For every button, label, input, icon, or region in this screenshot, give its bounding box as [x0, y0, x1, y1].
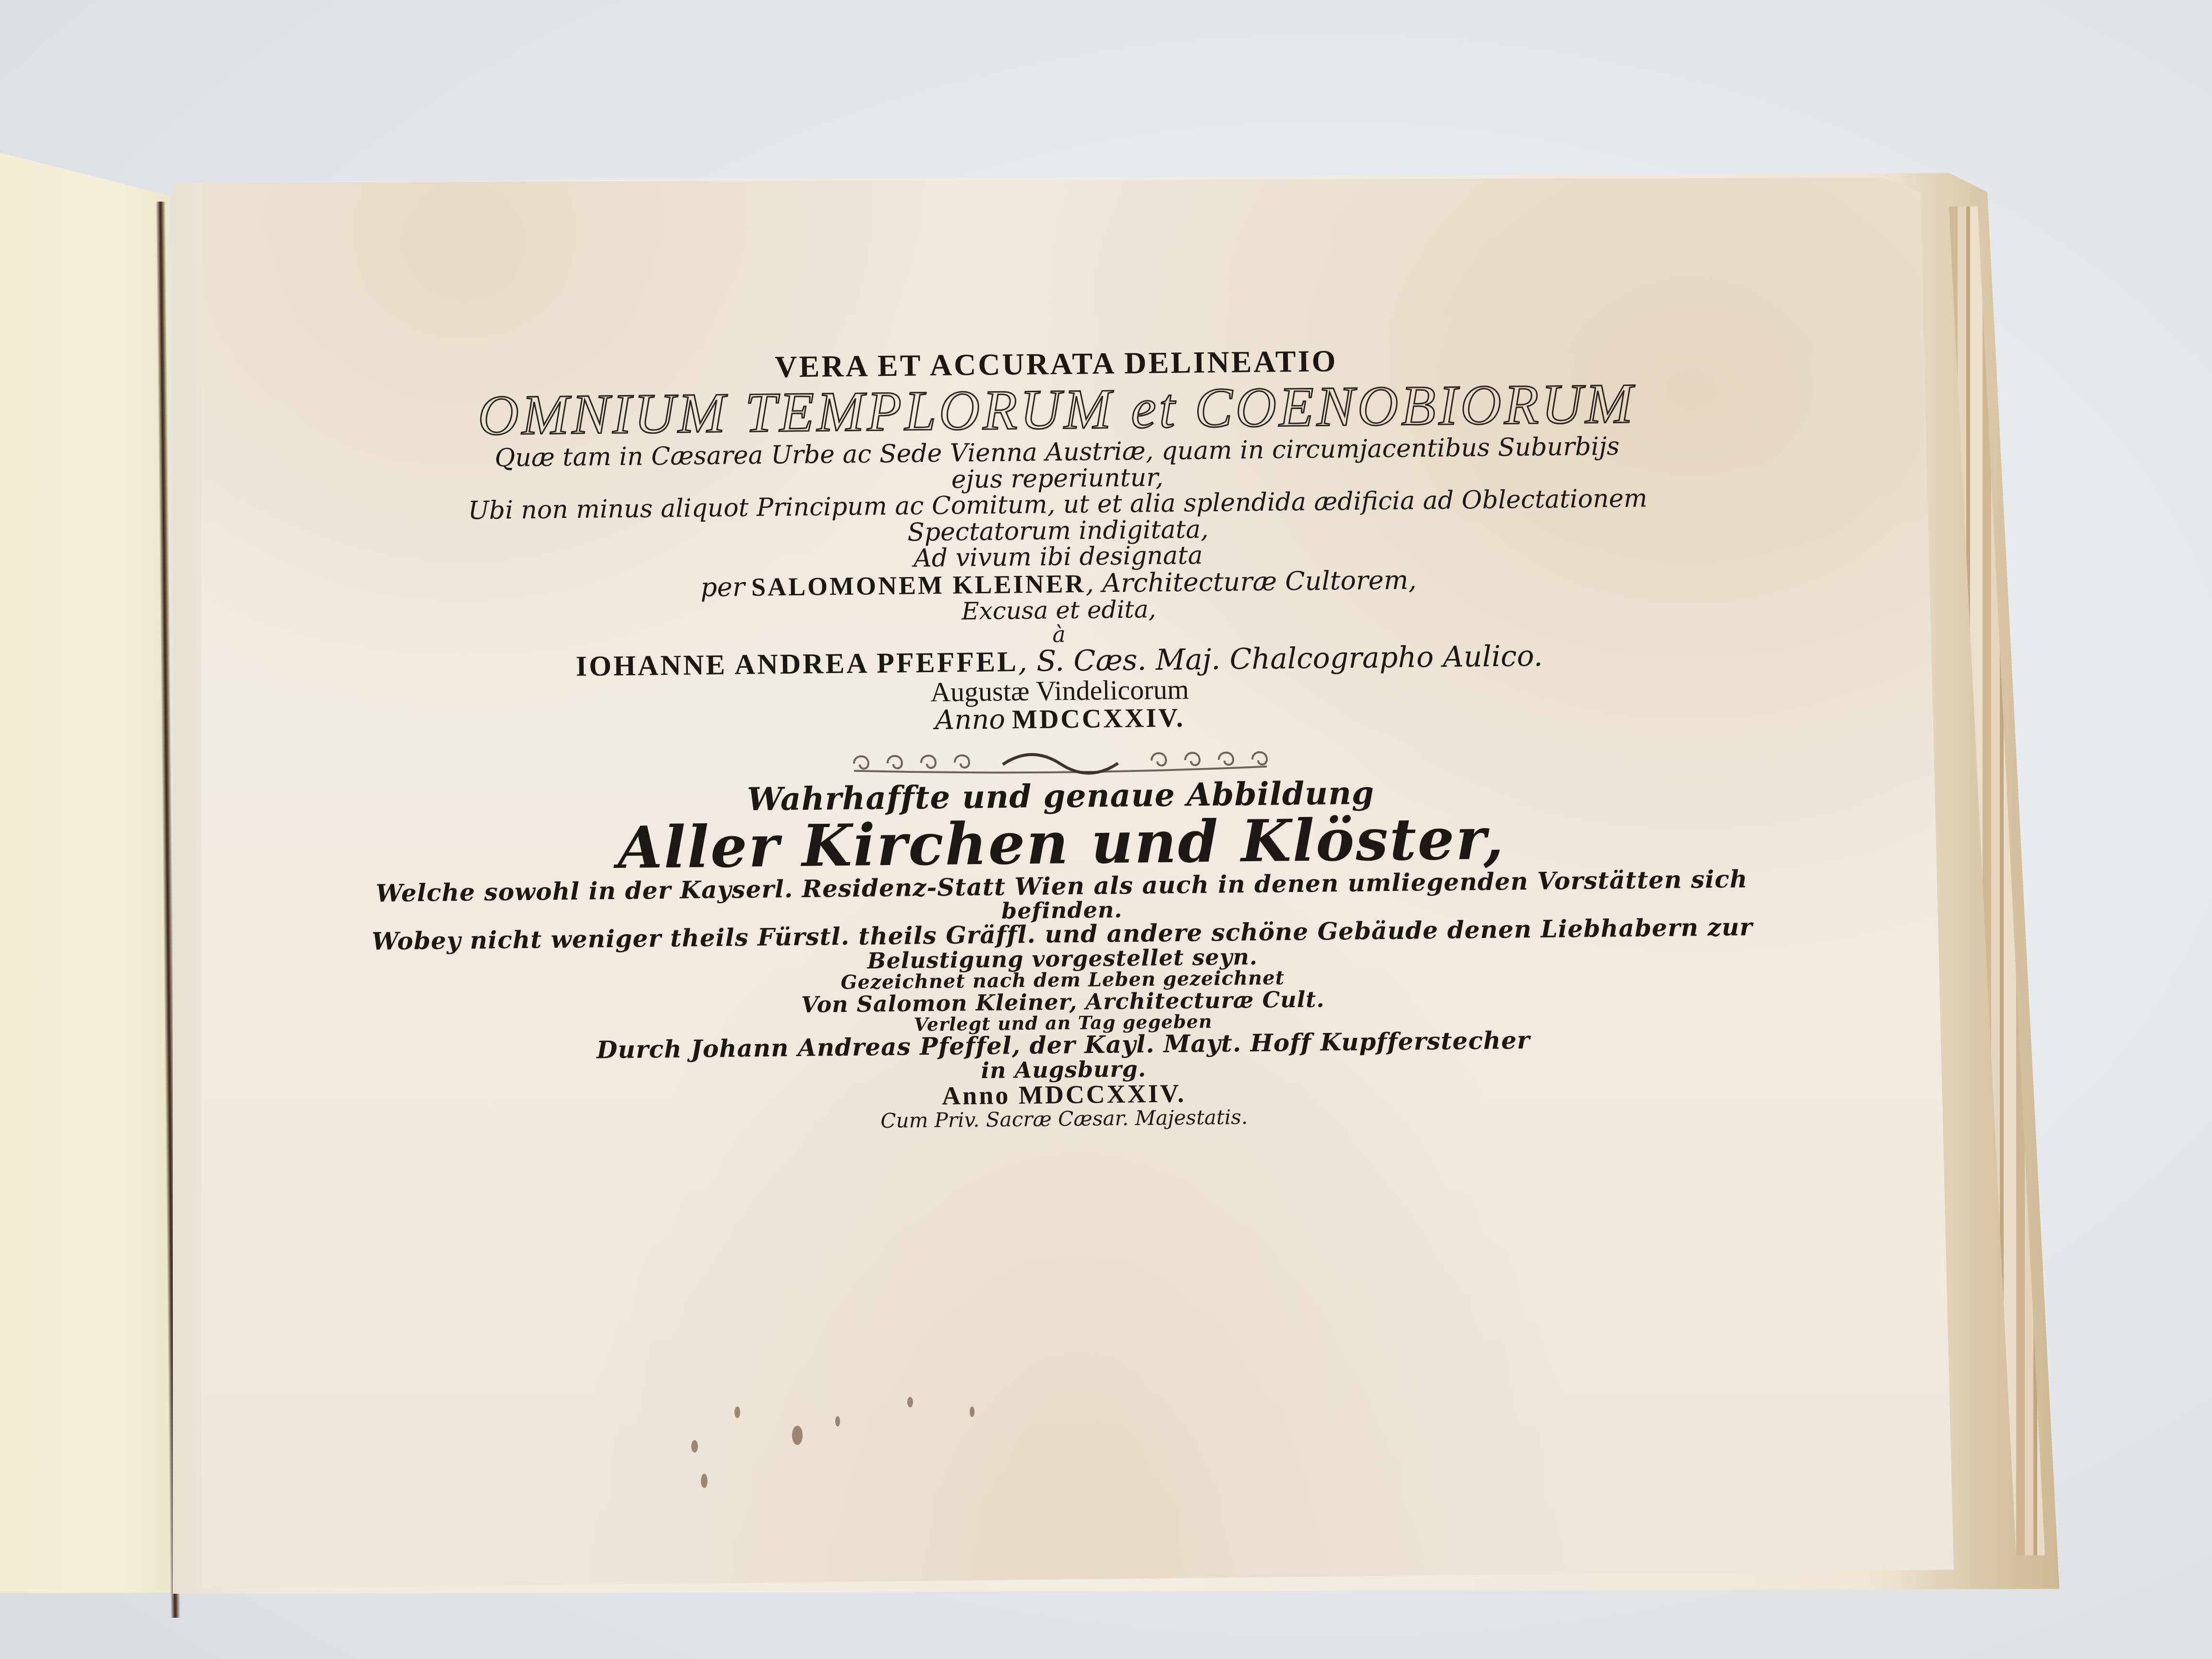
latin-year: MDCCXXIV. — [1012, 703, 1185, 735]
left-endpaper-page — [0, 153, 170, 1593]
title-text-block: VERA ET ACCURATA DELINEATIO OMNIUM TEMPL… — [336, 340, 1784, 1137]
latin-anno: Anno — [935, 704, 1006, 736]
foxing-spot — [907, 1397, 913, 1407]
scroll-flourish-divider-icon — [844, 740, 1277, 778]
publisher-title: , S. Cæs. Maj. Chalcographo Aulico. — [1018, 639, 1543, 678]
foxing-spot — [970, 1407, 974, 1417]
latin-per: per — [700, 572, 745, 602]
foxing-spot — [734, 1407, 740, 1418]
foxing-spot — [691, 1440, 698, 1453]
foxing-spot — [835, 1416, 840, 1427]
foxing-spot — [701, 1474, 708, 1488]
author-title: , Architecturæ Cultorem, — [1085, 565, 1417, 599]
foxing-spot — [792, 1426, 803, 1445]
